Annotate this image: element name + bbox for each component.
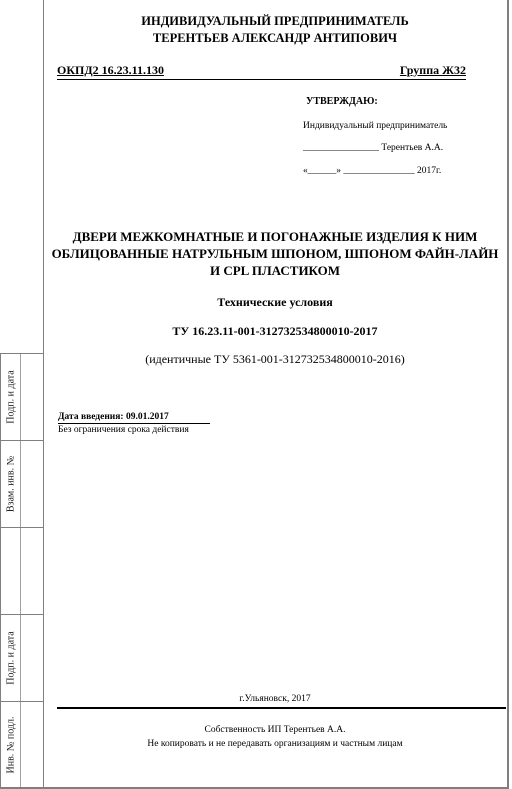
- classification-row: ОКПД2 16.23.11.130 Группа Ж32: [57, 63, 466, 80]
- introduction-block: Дата введения: 09.01.2017 Без ограничени…: [58, 412, 210, 435]
- footer-divider: [57, 707, 506, 709]
- document-subtitle: Технические условия: [44, 295, 506, 310]
- identical-tu: (идентичные ТУ 5361-001-312732534800010-…: [44, 352, 506, 367]
- document-title-line-2: ОБЛИЦОВАННЫЕ НАТРУЛЬНЫМ ШПОНОМ, ШПОНОМ Ф…: [44, 245, 506, 262]
- stamp-label: Подп. и дата: [5, 370, 16, 423]
- document-title-line-1: ДВЕРИ МЕЖКОМНАТНЫЕ И ПОГОНАЖНЫЕ ИЗДЕЛИЯ …: [44, 228, 506, 245]
- ownership-notice: Собственность ИП Терентьев А.А. Не копир…: [44, 723, 506, 751]
- stamp-cell-replace-inv: Взам. инв. №: [0, 440, 43, 527]
- group-code: Группа Ж32: [400, 63, 466, 78]
- city-year: г.Ульяновск, 2017: [44, 694, 506, 704]
- tu-number: ТУ 16.23.11-001-312732534800010-2017: [44, 324, 506, 339]
- copy-notice: Не копировать и не передавать организаци…: [44, 737, 506, 751]
- stamp-label: Взам. инв. №: [5, 456, 16, 512]
- stamp-label: Инв. № подл.: [5, 716, 16, 773]
- stamp-cell-empty: [0, 527, 43, 614]
- document-title: ДВЕРИ МЕЖКОМНАТНЫЕ И ПОГОНАЖНЫЕ ИЗДЕЛИЯ …: [44, 228, 506, 279]
- stamp-cell-sign-date-1: Подп. и дата: [0, 353, 43, 440]
- organization-line-2: ТЕРЕНТЬЕВ АЛЕКСАНДР АНТИПОВИЧ: [44, 30, 506, 47]
- stamp-label: Подп. и дата: [5, 631, 16, 684]
- stamp-cell-inv-original: Инв. № подл.: [0, 701, 43, 787]
- organization-header: ИНДИВИДУАЛЬНЫЙ ПРЕДПРИНИМАТЕЛЬ ТЕРЕНТЬЕВ…: [44, 13, 506, 47]
- page-frame: [43, 0, 509, 789]
- introduction-date: Дата введения: 09.01.2017: [58, 412, 210, 424]
- approval-title: УТВЕРЖДАЮ:: [306, 96, 378, 107]
- okpd-code: ОКПД2 16.23.11.130: [57, 63, 164, 78]
- stamp-cell-sign-date-2: Подп. и дата: [0, 614, 43, 701]
- approval-position: Индивидуальный предприниматель: [303, 121, 447, 131]
- validity-term: Без ограничения срока действия: [58, 425, 210, 435]
- side-stamp: Подп. и дата Взам. инв. № Подп. и дата И…: [0, 353, 43, 787]
- approval-date: «______» _______________ 2017г.: [303, 166, 441, 176]
- document-title-line-3: И CPL ПЛАСТИКОМ: [44, 262, 506, 279]
- approval-signature: ________________ Терентьев А.А.: [303, 143, 443, 153]
- property-line: Собственность ИП Терентьев А.А.: [44, 723, 506, 737]
- organization-line-1: ИНДИВИДУАЛЬНЫЙ ПРЕДПРИНИМАТЕЛЬ: [44, 13, 506, 30]
